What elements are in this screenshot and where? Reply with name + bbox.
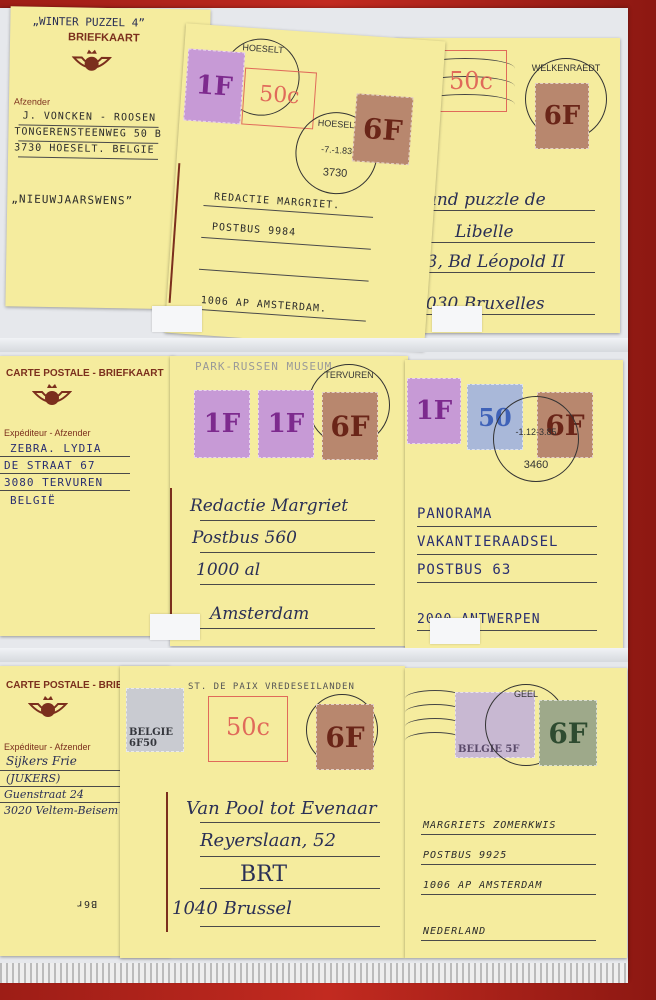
sender-line-1: J. VONCKEN - ROOSEN [23,111,157,124]
sender-line-1: ZEBRA. LYDIA [10,442,101,455]
sender-line-2: TONGERENSTEENWEG 50 B [14,126,162,140]
recipient-line-2: Reyerslaan, 52 [200,830,336,851]
recipient-line-4: 1006 AP AMSTERDAM. [200,295,327,315]
album-pocket-tab [152,306,202,332]
sender-line-2: (JUKERS) [6,772,60,785]
recipient-line-3: 1000 al [196,560,260,580]
card-title: BRIEFKAART [68,31,140,44]
recipient-line-1: PANORAMA [417,506,492,522]
sender-line-3: Guenstraat 24 [4,788,84,801]
meter-franking: 50c [435,50,507,112]
recipient-line-3: BRT [240,862,287,887]
sender-line-1: Sijkers Frie [6,754,77,768]
stamp-6f: 6F [316,704,374,770]
album-binder: „WINTER PUZZEL 4” BRIEFKAART Afzender J.… [0,0,656,1000]
recipient-line-4: Amsterdam [210,604,309,624]
postcard-middle-right: 1F 50 6F -1.12-3.85 3460 PANORAMA VAKANT… [405,360,623,650]
album-divider [0,338,628,352]
sender-label: Expéditeur - Afzender [4,428,91,438]
recipient-line-1: MARGRIETS ZOMERKWIS [423,820,556,831]
recipient-line-5: NEDERLAND [423,926,486,937]
album-sheet: „WINTER PUZZEL 4” BRIEFKAART Afzender J.… [0,8,628,980]
recipient-line-3: POSTBUS 63 [417,562,511,578]
album-divider [0,648,628,662]
recipient-line-2: POSTBUS 9925 [423,850,507,861]
postmark: -1.12-3.85 3460 [493,396,579,482]
sender-line-2: DE STRAAT 67 [4,459,95,472]
sender-line-4: BELGIË [10,494,56,507]
postcard-bottom-center: BELGIE 6F50 ST. DE PAIX VREDESEILANDEN 5… [120,666,405,958]
recipient-line-1: Redactie Margriet [190,496,348,516]
stamp-1f: 1F [183,49,245,125]
sender-label: Afzender [14,96,50,107]
album-sheet-edge [0,963,628,983]
stamp-6f: 6F [352,93,414,165]
sender-line-3: 3080 TERVUREN [4,476,103,489]
recipient-line-1: REDACTIE MARGRIET. [214,192,341,212]
stamp-king-6f50: BELGIE 6F50 [126,688,184,752]
postcard-bottom-right: BELGIE 5F GEEL 6F MARGRIETS ZOMERKWIS PO… [405,668,627,958]
meter-franking: 50c [208,696,288,762]
post-horn-logo-icon [71,47,112,80]
card-header: „WINTER PUZZEL 4” [32,15,145,30]
postcard-middle-left: CARTE POSTALE - BRIEFKAART Expéditeur - … [0,356,175,636]
postcard-middle-center: PARK-RUSSEN MUSEUM TERVUREN 1F 1F 6F Red… [170,356,408,646]
recipient-line-3: 1006 AP AMSTERDAM [423,880,542,891]
recipient-line-2: VAKANTIERAADSEL [417,534,558,550]
card-note: „NIEUWJAARSWENS” [11,192,133,207]
sender-line-4: 3020 Veltem-Beisem [4,804,118,817]
slogan-cancel: ST. DE PAIX VREDESEILANDEN [188,682,355,692]
sender-line-3: 3730 HOESELT. BELGIE [14,142,155,155]
stamp-6f: 6F [539,700,597,766]
postcard-top-middle: HOESELT 1F 50c HOESELT -7.-1.83 3730 6F … [165,23,446,350]
stamp-1f: 1F [258,390,314,458]
stamp-1f: 1F [194,390,250,458]
stamp-6f: 6F [322,392,378,460]
recipient-line-2: POSTBUS 9984 [212,222,297,239]
post-horn-logo-icon [32,382,72,414]
recipient-line-2: Libelle [455,222,514,242]
stamp-6f: 6F [535,83,589,149]
post-horn-logo-icon [28,694,68,726]
recipient-line-4: 1040 Brussel [172,898,292,919]
stamp-1f: 1F [407,378,461,444]
card-code: B6r [76,898,97,909]
recipient-line-2: Postbus 560 [192,528,297,548]
card-title: CARTE POSTALE - BRIEFKAART [6,368,164,379]
recipient-line-1: Van Pool tot Evenaar [186,798,377,819]
album-pocket-tab [430,618,480,644]
sender-label: Expéditeur - Afzender [4,742,91,752]
album-pocket-tab [432,306,482,332]
album-pocket-tab [150,614,200,640]
